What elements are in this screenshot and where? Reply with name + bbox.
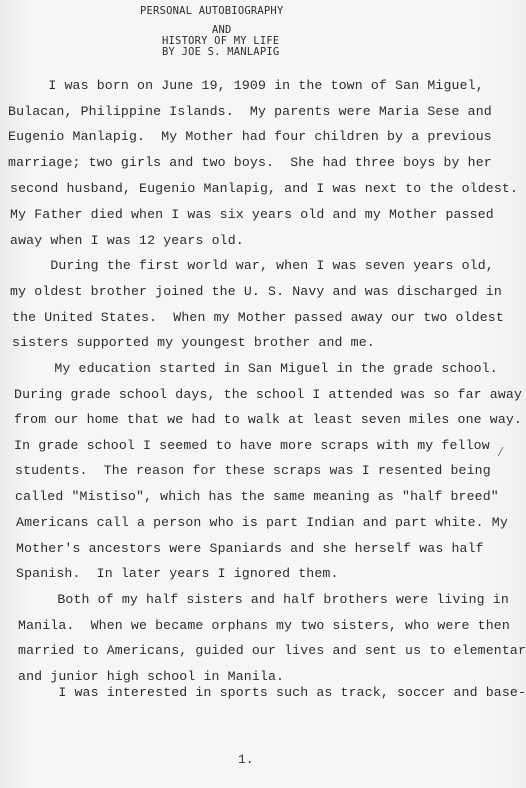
text-line: sisters supported my youngest brother an… (12, 335, 375, 350)
stray-pen-mark: / (497, 446, 504, 460)
text-line: Eugenio Manlapig. My Mother had four chi… (8, 129, 492, 144)
text-line: Spanish. In later years I ignored them. (16, 566, 339, 581)
text-line: marriage; two girls and two boys. She ha… (8, 155, 492, 170)
text-line: My Father died when I was six years old … (10, 207, 494, 222)
text-line: my oldest brother joined the U. S. Navy … (10, 284, 502, 299)
text-line: I was born on June 19, 1909 in the town … (8, 78, 484, 93)
text-line: second husband, Eugenio Manlapig, and I … (10, 181, 518, 196)
text-line: During grade school days, the school I a… (14, 387, 522, 402)
text-line: Bulacan, Philippine Islands. My parents … (8, 104, 492, 119)
text-line: students. The reason for these scraps wa… (15, 463, 491, 478)
title-line-4: BY JOE S. MANLAPIG (162, 47, 279, 58)
text-line: called "Mistiso", which has the same mea… (15, 489, 499, 504)
page-number: 1. (238, 752, 254, 767)
text-line: the United States. When my Mother passed… (12, 310, 504, 325)
text-line: In grade school I seemed to have more sc… (14, 438, 490, 453)
text-line: Mother's ancestors were Spaniards and sh… (16, 541, 484, 556)
title-line-1: PERSONAL AUTOBIOGRAPHY (140, 6, 283, 17)
text-line: During the first world war, when I was s… (10, 258, 494, 273)
text-line: Both of my half sisters and half brother… (17, 592, 509, 607)
text-line: and junior high school in Manila. (18, 669, 284, 684)
text-line: My education started in San Miguel in th… (14, 361, 498, 376)
text-line: away when I was 12 years old. (10, 233, 244, 248)
text-line: from our home that we had to walk at lea… (14, 412, 522, 427)
document-page: PERSONAL AUTOBIOGRAPHY AND HISTORY OF MY… (0, 0, 526, 788)
text-line: Manila. When we became orphans my two si… (18, 618, 510, 633)
text-line: I was interested in sports such as track… (18, 685, 526, 700)
text-line: married to Americans, guided our lives a… (18, 643, 526, 658)
text-line: Americans call a person who is part Indi… (16, 515, 508, 530)
